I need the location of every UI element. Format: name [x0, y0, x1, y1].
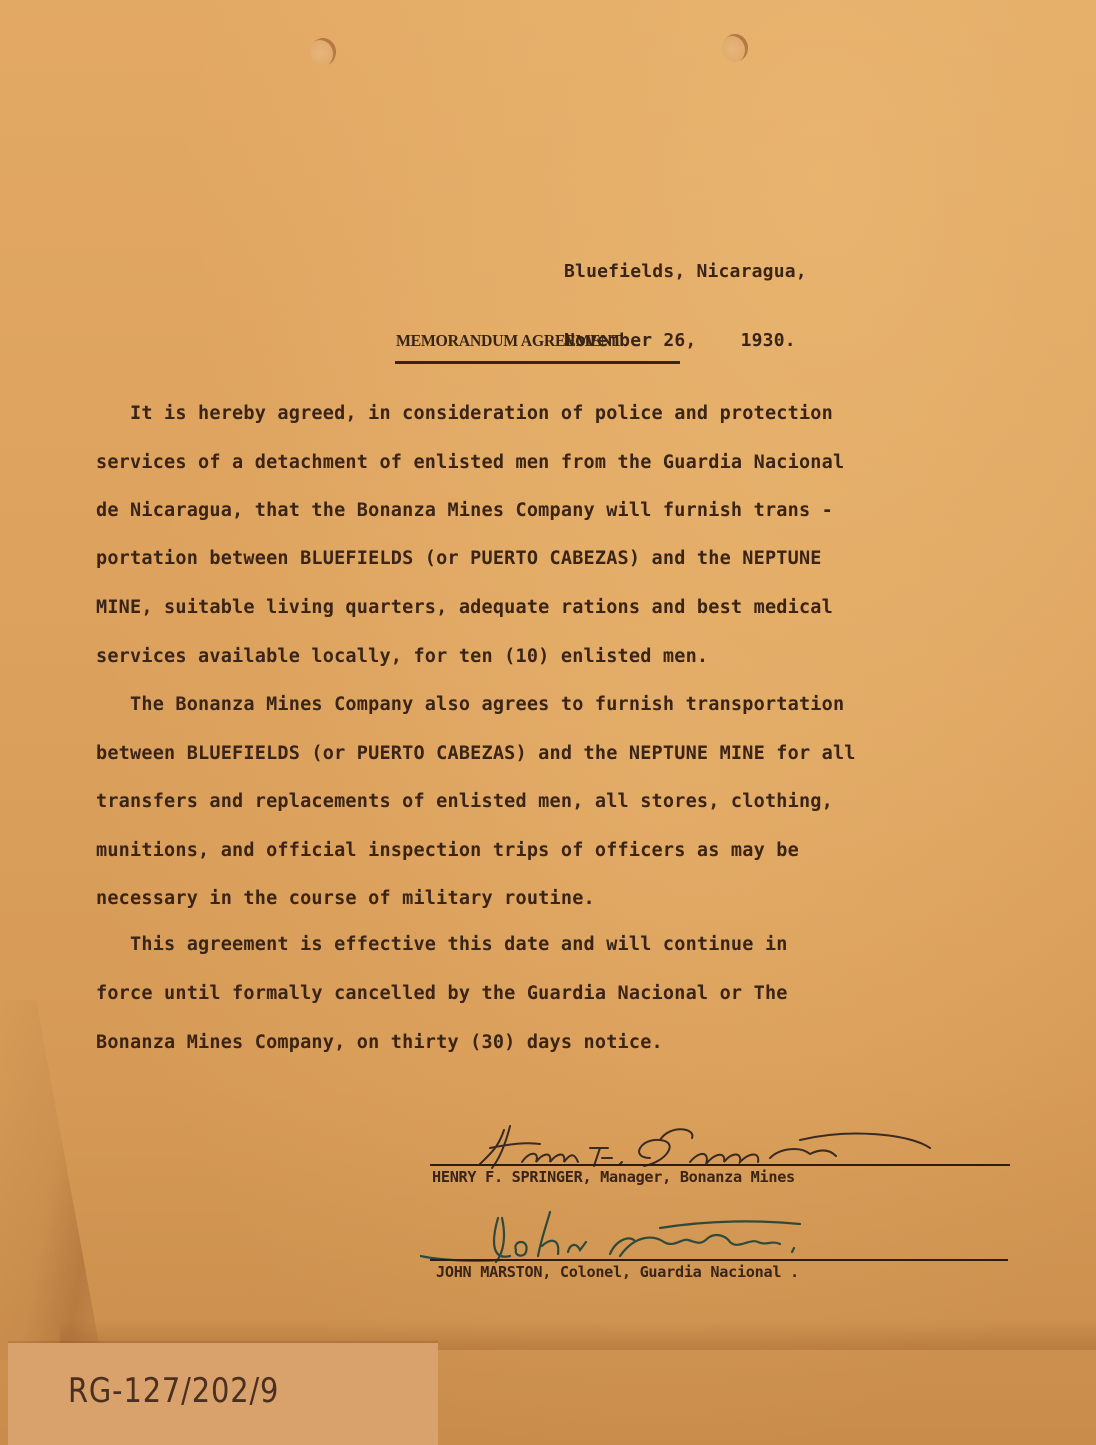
punch-hole-right — [722, 34, 748, 62]
signature-line-2 — [430, 1259, 1008, 1261]
paragraph-1-line-2: services of a detachment of enlisted men… — [96, 451, 844, 475]
paragraph-2-line-5: necessary in the course of military rout… — [96, 887, 595, 911]
place-line: Bluefields, Nicaragua, — [564, 260, 807, 283]
signature-caption-springer: HENRY F. SPRINGER, Manager, Bonanza Mine… — [432, 1168, 795, 1186]
paragraph-2-line-2: between BLUEFIELDS (or PUERTO CABEZAS) a… — [96, 742, 856, 766]
paragraph-1-line-1: It is hereby agreed, in consideration of… — [96, 402, 833, 426]
archive-reference-number: RG-127/202/9 — [68, 1371, 279, 1411]
paragraph-1-line-5: MINE, suitable living quarters, adequate… — [96, 596, 833, 620]
signature-caption-marston: JOHN MARSTON, Colonel, Guardia Nacional … — [436, 1263, 799, 1281]
paragraph-1-line-4: portation between BLUEFIELDS (or PUERTO … — [96, 547, 822, 571]
archive-label-card: RG-127/202/9 — [8, 1343, 438, 1445]
punch-hole-left — [310, 38, 336, 66]
paragraph-2-line-3: transfers and replacements of enlisted m… — [96, 790, 833, 814]
signature-line-1 — [430, 1164, 1010, 1166]
title-underline — [395, 361, 680, 364]
dateline: Bluefields, Nicaragua, November 26, 1930… — [564, 214, 807, 398]
paragraph-3-line-3: Bonanza Mines Company, on thirty (30) da… — [96, 1031, 663, 1055]
paragraph-3-line-2: force until formally cancelled by the Gu… — [96, 982, 788, 1006]
paragraph-1-line-6: services available locally, for ten (10)… — [96, 645, 708, 669]
paragraph-2-line-4: munitions, and official inspection trips… — [96, 839, 799, 863]
paragraph-2-line-1: The Bonanza Mines Company also agrees to… — [96, 693, 844, 717]
document-title: MEMORANDUM AGREEMENT — [396, 331, 622, 351]
paragraph-3-line-1: This agreement is effective this date an… — [96, 933, 788, 957]
paragraph-1-line-3: de Nicaragua, that the Bonanza Mines Com… — [96, 499, 833, 523]
document-page: Bluefields, Nicaragua, November 26, 1930… — [0, 0, 1096, 1445]
